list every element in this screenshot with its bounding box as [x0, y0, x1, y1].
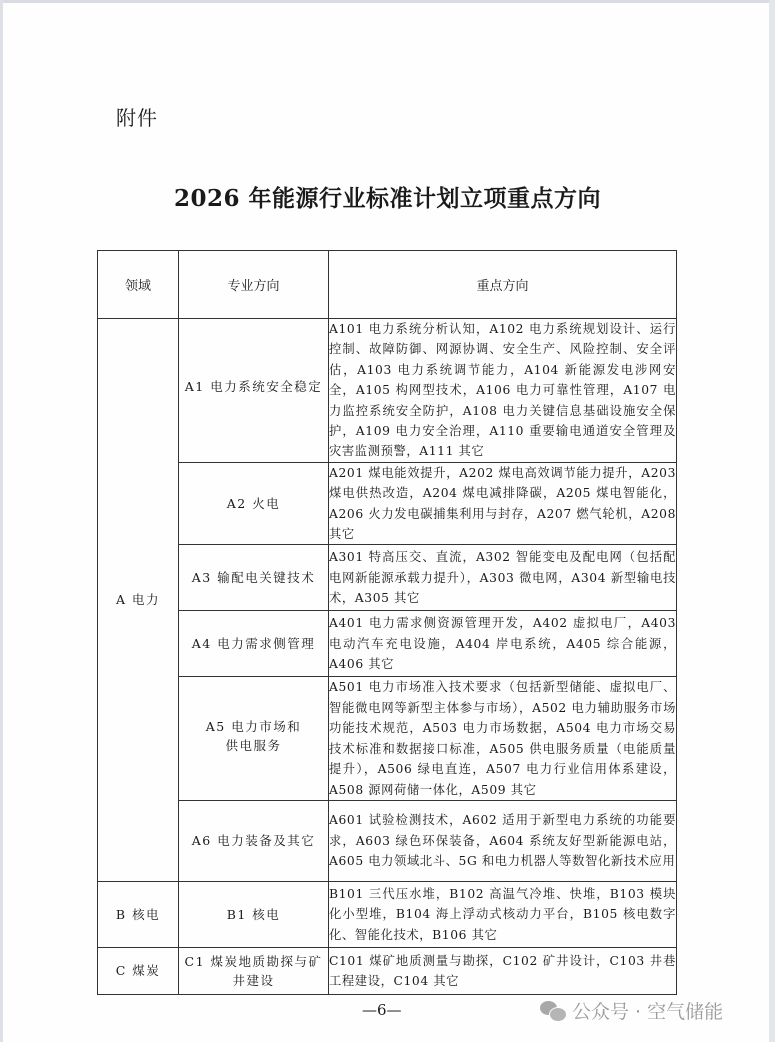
direction-cell: A6 电力装备及其它	[179, 800, 329, 881]
header-direction: 专业方向	[179, 251, 329, 319]
table-row: B 核电 B1 核电 B101 三代压水堆，B102 高温气冷堆、快堆，B103…	[98, 881, 677, 947]
direction-line: A5 电力市场和	[179, 717, 328, 736]
direction-cell: B1 核电	[179, 881, 329, 947]
scrollbar-track[interactable]	[769, 0, 775, 1042]
domain-cell-c: C 煤炭	[98, 947, 179, 994]
wechat-icon	[540, 1001, 566, 1021]
header-domain: 领域	[98, 251, 179, 319]
document-title: 2026 年能源行业标准计划立项重点方向	[0, 180, 775, 213]
direction-cell: A4 电力需求侧管理	[179, 611, 329, 677]
header-focus: 重点方向	[329, 251, 677, 319]
focus-cell: A301 特高压交、直流，A302 智能变电及配电网（包括配电网新能源承载力提升…	[329, 545, 677, 611]
focus-cell: A401 电力需求侧资源管理开发，A402 虚拟电厂，A403 电动汽车充电设施…	[329, 611, 677, 677]
direction-cell: A3 输配电关键技术	[179, 545, 329, 611]
table-row: A2 火电 A201 煤电能效提升，A202 煤电高效调节能力提升，A203 煤…	[98, 462, 677, 545]
watermark: 公众号 · 空气储能	[540, 997, 723, 1024]
table-row: A5 电力市场和 供电服务 A501 电力市场准入技术要求（包括新型储能、虚拟电…	[98, 677, 677, 800]
direction-cell: A1 电力系统安全稳定	[179, 319, 329, 463]
direction-line: C1 煤炭地质勘探与矿	[179, 952, 328, 971]
focus-cell: A601 试验检测技术，A602 适用于新型电力系统的功能要求，A603 绿色环…	[329, 800, 677, 881]
table-row: A 电力 A1 电力系统安全稳定 A101 电力系统分析认知，A102 电力系统…	[98, 319, 677, 463]
direction-line: 供电服务	[179, 736, 328, 755]
table-row: A3 输配电关键技术 A301 特高压交、直流，A302 智能变电及配电网（包括…	[98, 545, 677, 611]
window-frame-left	[0, 0, 3, 1042]
standards-table: 领域 专业方向 重点方向 A 电力 A1 电力系统安全稳定 A101 电力系统分…	[97, 250, 677, 995]
focus-cell: B101 三代压水堆，B102 高温气冷堆、快堆，B103 模块化小型堆，B10…	[329, 881, 677, 947]
direction-cell: A2 火电	[179, 462, 329, 545]
table-row: A4 电力需求侧管理 A401 电力需求侧资源管理开发，A402 虚拟电厂，A4…	[98, 611, 677, 677]
window-frame-top	[0, 0, 775, 3]
direction-cell: A5 电力市场和 供电服务	[179, 677, 329, 800]
domain-cell-b: B 核电	[98, 881, 179, 947]
table-header-row: 领域 专业方向 重点方向	[98, 251, 677, 319]
focus-cell: A501 电力市场准入技术要求（包括新型储能、虚拟电厂、智能微电网等新型主体参与…	[329, 677, 677, 800]
focus-cell: C101 煤矿地质测量与勘探，C102 矿井设计，C103 井巷工程建设，C10…	[329, 947, 677, 994]
domain-cell-a: A 电力	[98, 319, 179, 882]
watermark-text: 公众号 · 空气储能	[572, 997, 723, 1024]
focus-cell: A101 电力系统分析认知，A102 电力系统规划设计、运行控制、故障防御、网源…	[329, 319, 677, 463]
attachment-label: 附件	[116, 102, 158, 131]
table-row: C 煤炭 C1 煤炭地质勘探与矿 井建设 C101 煤矿地质测量与勘探，C102…	[98, 947, 677, 994]
table-row: A6 电力装备及其它 A601 试验检测技术，A602 适用于新型电力系统的功能…	[98, 800, 677, 881]
page-number: —6—	[362, 1001, 402, 1019]
direction-cell: C1 煤炭地质勘探与矿 井建设	[179, 947, 329, 994]
focus-cell: A201 煤电能效提升，A202 煤电高效调节能力提升，A203 煤电供热改造，…	[329, 462, 677, 545]
direction-line: 井建设	[179, 971, 328, 990]
